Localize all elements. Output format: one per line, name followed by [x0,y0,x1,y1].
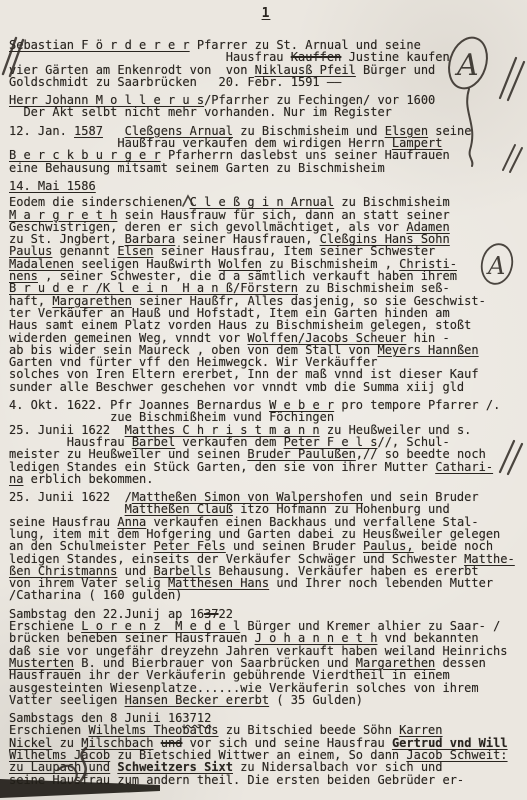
document-body: Sebastian F ö r d e r e r Pfarrer zu St.… [9,39,523,786]
text-line: eine Behausung mitsamt seinem Garten zu … [9,162,523,174]
entry-mollerus-1600: Herr Johann M o l l e r u s/Pfarrher zu … [9,94,523,119]
entry-foerderer-1591: Sebastian F ö r d e r e r Pfarrer zu St.… [9,39,523,88]
entry-eodem-1586: Eodem die sinderschienen C l e ß g i n A… [9,196,523,393]
page-number: 1 [9,6,523,21]
text-line: 14. Mai 1586 [9,180,523,192]
entry-matthessen-1622: 25. Junii 1622 /Mattheßen Simon von Walp… [9,491,523,602]
text-line: na erblich bekommen. [9,473,523,485]
entry-clessgens-1587: 12. Jan. 1587 Cleßgens Arnual zu Bischmi… [9,125,523,174]
entry-date-1586: 14. Mai 1586 [9,180,523,192]
entry-theobalds-1637: Sambstags den 8 Junii 163712Erschienen W… [9,712,523,786]
entry-weber-christmann-1622: 4. Okt. 1622. Pfr Joannes Bernardus W e … [9,399,523,485]
text-line: Der Akt selbt nicht mehr vorhanden. Nur … [9,106,523,118]
entry-medel-1622: Sambstag den 22.Junij ap 163722Erschiene… [9,608,523,706]
text-line: seine Hausfrau zum andern theil. Die ers… [9,774,523,786]
text-line: sunder alle Beschwer geschehen vor vnndt… [9,381,523,393]
text-line: Goldschmidt zu Saarbrücken 20. Febr. 159… [9,76,523,88]
page: 1 Sebastian F ö r d e r e r Pfarrer zu S… [0,0,527,800]
text-line: /Catharina ( 160 gulden) [9,589,523,601]
scanned-document-page: { "page": { "number": "1" }, "annotation… [0,0,527,800]
text-line: Vatter seeligen Hansen Becker ererbt ( 3… [9,694,523,706]
